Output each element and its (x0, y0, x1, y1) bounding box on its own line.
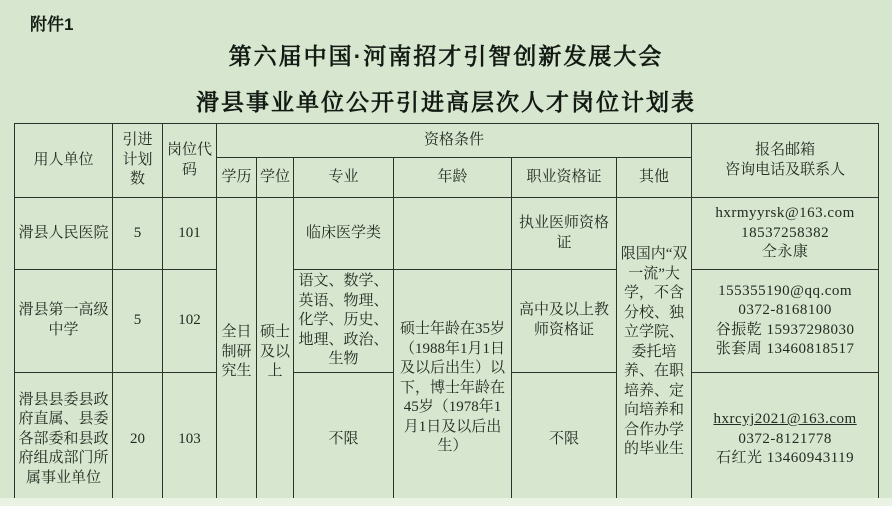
position-plan-table: 用人单位 引进计划数 岗位代码 资格条件 报名邮箱 咨询电话及联系人 学历 学位… (14, 123, 879, 506)
plan-count-cell: 5 (113, 270, 163, 373)
plan-count-cell: 20 (113, 372, 163, 506)
position-code-cell: 101 (163, 198, 217, 270)
contact-line: 0372-8168100 (695, 301, 875, 321)
contact-cell[interactable]: hxrcyj2021@163.com0372-8121778石红光 134609… (692, 372, 879, 506)
contact-line: 石红光 13460943119 (695, 449, 875, 469)
plan-count-cell: 5 (113, 198, 163, 270)
table-row: 滑县第一高级中学 5 102 语文、数学、英语、物理、化学、历史、地理、政治、生… (15, 270, 879, 373)
header-degree: 学位 (257, 158, 294, 198)
table-row: 滑县人民医院 5 101 全日制研究生 硕士及以上 临床医学类 执业医师资格证 … (15, 198, 879, 270)
header-education: 学历 (217, 158, 257, 198)
degree-merged-cell: 硕士及以上 (257, 198, 294, 506)
contact-line: 0372-8121778 (695, 430, 875, 450)
header-major: 专业 (294, 158, 394, 198)
education-merged-cell: 全日制研究生 (217, 198, 257, 506)
header-row-1: 用人单位 引进计划数 岗位代码 资格条件 报名邮箱 咨询电话及联系人 (15, 124, 879, 158)
page-bottom-edge (0, 498, 892, 506)
header-age: 年龄 (394, 158, 512, 198)
document-title-line2: 滑县事业单位公开引进高层次人才岗位计划表 (0, 84, 892, 117)
contact-line: hxrcyj2021@163.com (695, 410, 875, 430)
header-certificate: 职业资格证 (512, 158, 617, 198)
certificate-cell: 高中及以上教师资格证 (512, 270, 617, 373)
contact-line: 155355190@qq.com (695, 282, 875, 302)
contact-line: 仝永康 (695, 243, 875, 263)
contact-line: 谷振乾 15937298030 (695, 321, 875, 341)
header-position-code: 岗位代码 (163, 124, 217, 198)
age-cell-empty (394, 198, 512, 270)
document-title-line1: 第六届中国·河南招才引智创新发展大会 (0, 38, 892, 71)
contact-line: 18537258382 (695, 224, 875, 244)
certificate-cell: 执业医师资格证 (512, 198, 617, 270)
header-employer: 用人单位 (15, 124, 113, 198)
major-cell: 语文、数学、英语、物理、化学、历史、地理、政治、生物 (294, 270, 394, 373)
major-cell: 不限 (294, 372, 394, 506)
other-merged-cell: 限国内“双一流”大学，不含分校、独立学院、委托培养、在职培养、定向培养和合作办学… (617, 198, 692, 506)
header-other: 其他 (617, 158, 692, 198)
header-qualification-group: 资格条件 (217, 124, 692, 158)
attachment-label: 附件1 (30, 10, 73, 35)
header-plan-count: 引进计划数 (113, 124, 163, 198)
document-page: 附件1 第六届中国·河南招才引智创新发展大会 滑县事业单位公开引进高层次人才岗位… (0, 0, 892, 506)
contact-line: hxrmyyrsk@163.com (695, 204, 875, 224)
contact-cell: hxrmyyrsk@163.com18537258382仝永康 (692, 198, 879, 270)
contact-line: 张套周 13460818517 (695, 340, 875, 360)
employer-cell: 滑县县委县政府直属、县委各部委和县政府组成部门所属事业单位 (15, 372, 113, 506)
age-merged-cell: 硕士年龄在35岁（1988年1月1日及以后出生）以下，博士年龄在45岁（1978… (394, 270, 512, 506)
employer-cell: 滑县人民医院 (15, 198, 113, 270)
header-contact: 报名邮箱 咨询电话及联系人 (692, 124, 879, 198)
major-cell: 临床医学类 (294, 198, 394, 270)
position-code-cell: 103 (163, 372, 217, 506)
position-code-cell: 102 (163, 270, 217, 373)
certificate-cell: 不限 (512, 372, 617, 506)
employer-cell: 滑县第一高级中学 (15, 270, 113, 373)
contact-cell: 155355190@qq.com0372-8168100谷振乾 15937298… (692, 270, 879, 373)
